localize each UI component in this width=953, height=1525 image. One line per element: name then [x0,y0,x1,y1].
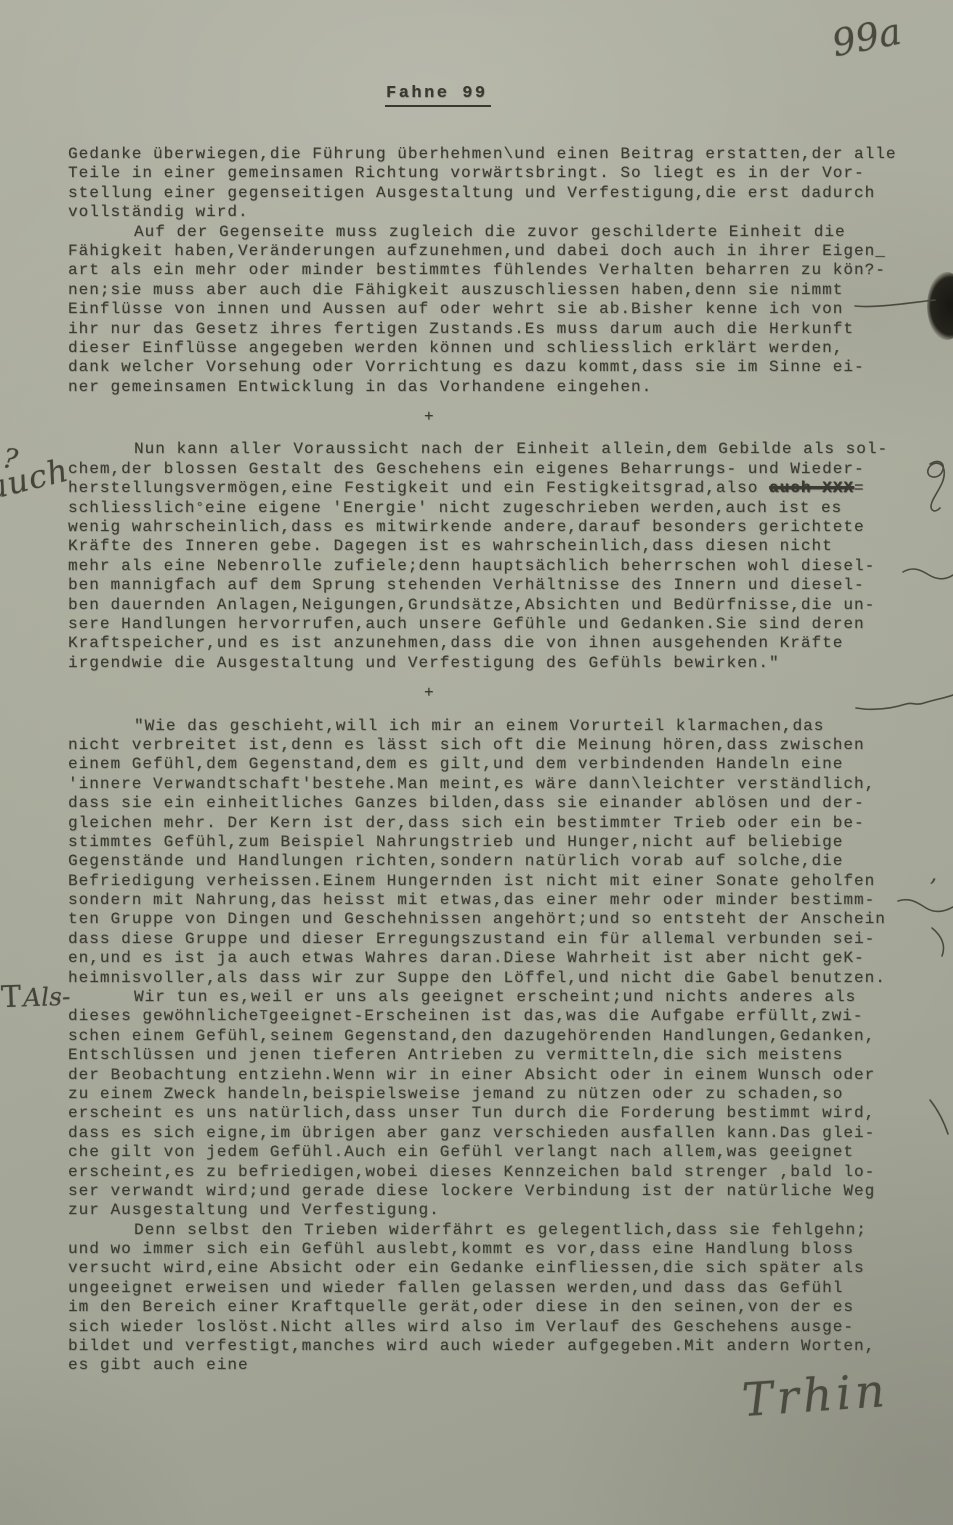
typewritten-line: sich wieder loslöst.Nicht alles wird als… [68,1318,948,1337]
text-segment: herstellungsvermögen,eine Festigkeit und… [68,479,769,497]
typewritten-line: Denn selbst den Trieben widerfährt es ge… [68,1221,948,1240]
text-segment: geeignet-Erscheinen ist das,was die Aufg… [269,1007,864,1025]
margin-note-als-text: Als- [23,982,71,1013]
margin-swash-gek [930,928,953,958]
paragraph: Auf der Gegenseite muss zugleich die zuv… [68,223,948,398]
typewritten-line: stellung einer gegenseitigen Ausgestaltu… [68,184,948,203]
typewritten-line: erscheint,es zu befriedigen,wobei dieses… [68,1163,948,1182]
typewritten-line: Auf der Gegenseite muss zugleich die zuv… [68,223,948,242]
caret-text: T [259,1008,268,1024]
typewritten-line: Entschlüssen und jenen tieferen Antriebe… [68,1046,948,1065]
paragraph: Gedanke überwiegen,die Führung überhehme… [68,145,948,223]
text-segment: = [854,479,865,497]
typewritten-line: Kraftspeicher,und es ist anzunehmen,dass… [68,634,948,653]
page-title: Fahne 99 [385,84,491,107]
text-segment: dieses gewöhnliche [68,1007,259,1025]
typewritten-line: Teile in einer gemeinsamen Richtung vorw… [68,164,948,183]
paragraph: "Wie das geschieht,will ich mir an einem… [68,717,948,988]
typewritten-line: nen;sie muss aber auch die Fähigkeit aus… [68,281,948,300]
margin-swash-diesel [903,566,953,582]
typewritten-line: ner gemeinsamen Entwicklung in das Vorha… [68,378,948,397]
typewritten-line: Gegenstände und Handlungen richten,sonde… [68,852,948,871]
typewritten-line: der Beobachtung entziehn.Wenn wir in ein… [68,1066,948,1085]
typewritten-line: bildet und verfestigt,manches wird auch … [68,1337,948,1356]
handwritten-signature: Trhin [740,1363,890,1427]
paragraph: Wir tun es,weil er uns als geeignet ersc… [68,988,948,1221]
margin-tick-mark: ' [56,992,62,1016]
margin-comma-mark: , [930,862,937,887]
typewritten-line: dieser Einflüsse angegeben werden können… [68,339,948,358]
typewritten-line: nicht verbreitet ist,denn es lässt sich … [68,736,948,755]
paragraph: Nun kann aller Voraussicht nach der Einh… [68,440,948,673]
typewritten-line: im den Bereich einer Kraftquelle gerät,o… [68,1298,948,1317]
typewritten-line: wenig wahrscheinlich,dass es mitwirkende… [68,518,948,537]
typewritten-line: Nun kann aller Voraussicht nach der Einh… [68,440,948,459]
typewritten-line: ser verwandt wird;und gerade diese locke… [68,1182,948,1201]
strike-text: auch XXX [769,479,854,497]
insert-caret-mark: T [0,980,21,1016]
text-segment: schliesslich [68,499,195,517]
section-divider: + [68,408,948,427]
typewritten-line: irgendwie die Ausgestaltung und Verfesti… [68,654,948,673]
paragraph: Denn selbst den Trieben widerfährt es ge… [68,1221,948,1376]
typewritten-line: dass es sich eigne,im übrigen aber ganz … [68,1124,948,1143]
typewritten-line: ben dauernden Anlagen,Neigungen,Grundsät… [68,596,948,615]
typewritten-line: mehr als eine Nebenrolle zufiele;denn ha… [68,557,948,576]
margin-swash-anschein [898,896,953,916]
typewritten-line: art als ein mehr oder minder bestimmtes … [68,261,948,280]
typewritten-line: schen einem Gefühl,seinem Gegenstand,den… [68,1027,948,1046]
deleatur-mark [916,458,952,520]
handwritten-page-number: 99a [829,10,905,65]
typewritten-line: Kräfte des Inneren gebe. Dagegen ist es … [68,537,948,556]
typewritten-line: und wo immer sich ein Gefühl auslebt,kom… [68,1240,948,1259]
typewritten-body: Gedanke überwiegen,die Führung überhehme… [68,145,948,1376]
crease-hairline [855,296,935,310]
typewritten-line: ben mannigfach auf dem Sprung stehenden … [68,576,948,595]
typewritten-line: sondern mit Nahrung,das heisst mit etwas… [68,891,948,910]
section-divider: + [68,684,948,703]
typewritten-line: chem,der blossen Gestalt des Geschehens … [68,460,948,479]
typewritten-line: gleichen mehr. Der Kern ist der,dass sic… [68,814,948,833]
caret-text: ° [195,500,204,516]
typewritten-line: Einflüsse von innen und Aussen auf oder … [68,300,948,319]
margin-swash-long [856,692,953,714]
typewritten-line: vollständig wird. [68,203,948,222]
typewritten-line: zu einem Zweck handeln,beispielsweise je… [68,1085,948,1104]
typewritten-line: erscheint es uns natürlich,dass unser Tu… [68,1104,948,1123]
typewritten-line: zur Ausgestaltung und Verfestigung. [68,1201,948,1220]
typewritten-line: Wir tun es,weil er uns als geeignet ersc… [68,988,948,1007]
typewritten-line: heimnisvoller,als dass wir zur Suppe den… [68,969,948,988]
typewritten-line: einem Gefühl,dem Gegenstand,dem es gilt,… [68,755,948,774]
typewritten-line: che gilt von jedem Gefühl.Auch ein Gefüh… [68,1143,948,1162]
typewritten-line: schliesslich°eine eigene 'Energie' nicht… [68,499,948,518]
margin-stroke-wird [928,1100,950,1134]
document-page: 99a Fahne 99 Gedanke überwiegen,die Führ… [0,0,953,1525]
typewritten-line: 'innere Verwandtschaft'bestehe.Man meint… [68,775,948,794]
typewritten-line: versucht wird,eine Absicht oder ein Geda… [68,1259,948,1278]
typewritten-line: ihr nur das Gesetz ihres fertigen Zustan… [68,320,948,339]
typewritten-line: ten Gruppe von Dingen und Geschehnissen … [68,910,948,929]
typewritten-line: sere Handlungen hervorrufen,auch unsere … [68,615,948,634]
text-segment: eine eigene 'Energie' nicht zugeschriebe… [205,499,842,517]
typewritten-line: dass diese Gruppe und dieser Erregungszu… [68,930,948,949]
typewritten-line: "Wie das geschieht,will ich mir an einem… [68,717,948,736]
typewritten-line: dieses gewöhnlicheTgeeignet-Erscheinen i… [68,1007,948,1026]
typewritten-line: dass sie ein einheitliches Ganzes bilden… [68,794,948,813]
typewritten-line: dank welcher Vorsehung oder Vorrichtung … [68,358,948,377]
typewritten-line: herstellungsvermögen,eine Festigkeit und… [68,479,948,498]
typewritten-line: Fähigkeit haben,Veränderungen aufzunehme… [68,242,948,261]
typewritten-line: Gedanke überwiegen,die Führung überhehme… [68,145,948,164]
typewritten-line: en,und es ist ja auch etwas Wahres daran… [68,949,948,968]
typewritten-line: Befriedigung verheissen.Einem Hungernden… [68,872,948,891]
typewritten-line: stimmtes Gefühl,zum Beispiel Nahrungstri… [68,833,948,852]
typewritten-line: ungeeignet erweisen und wieder fallen ge… [68,1279,948,1298]
